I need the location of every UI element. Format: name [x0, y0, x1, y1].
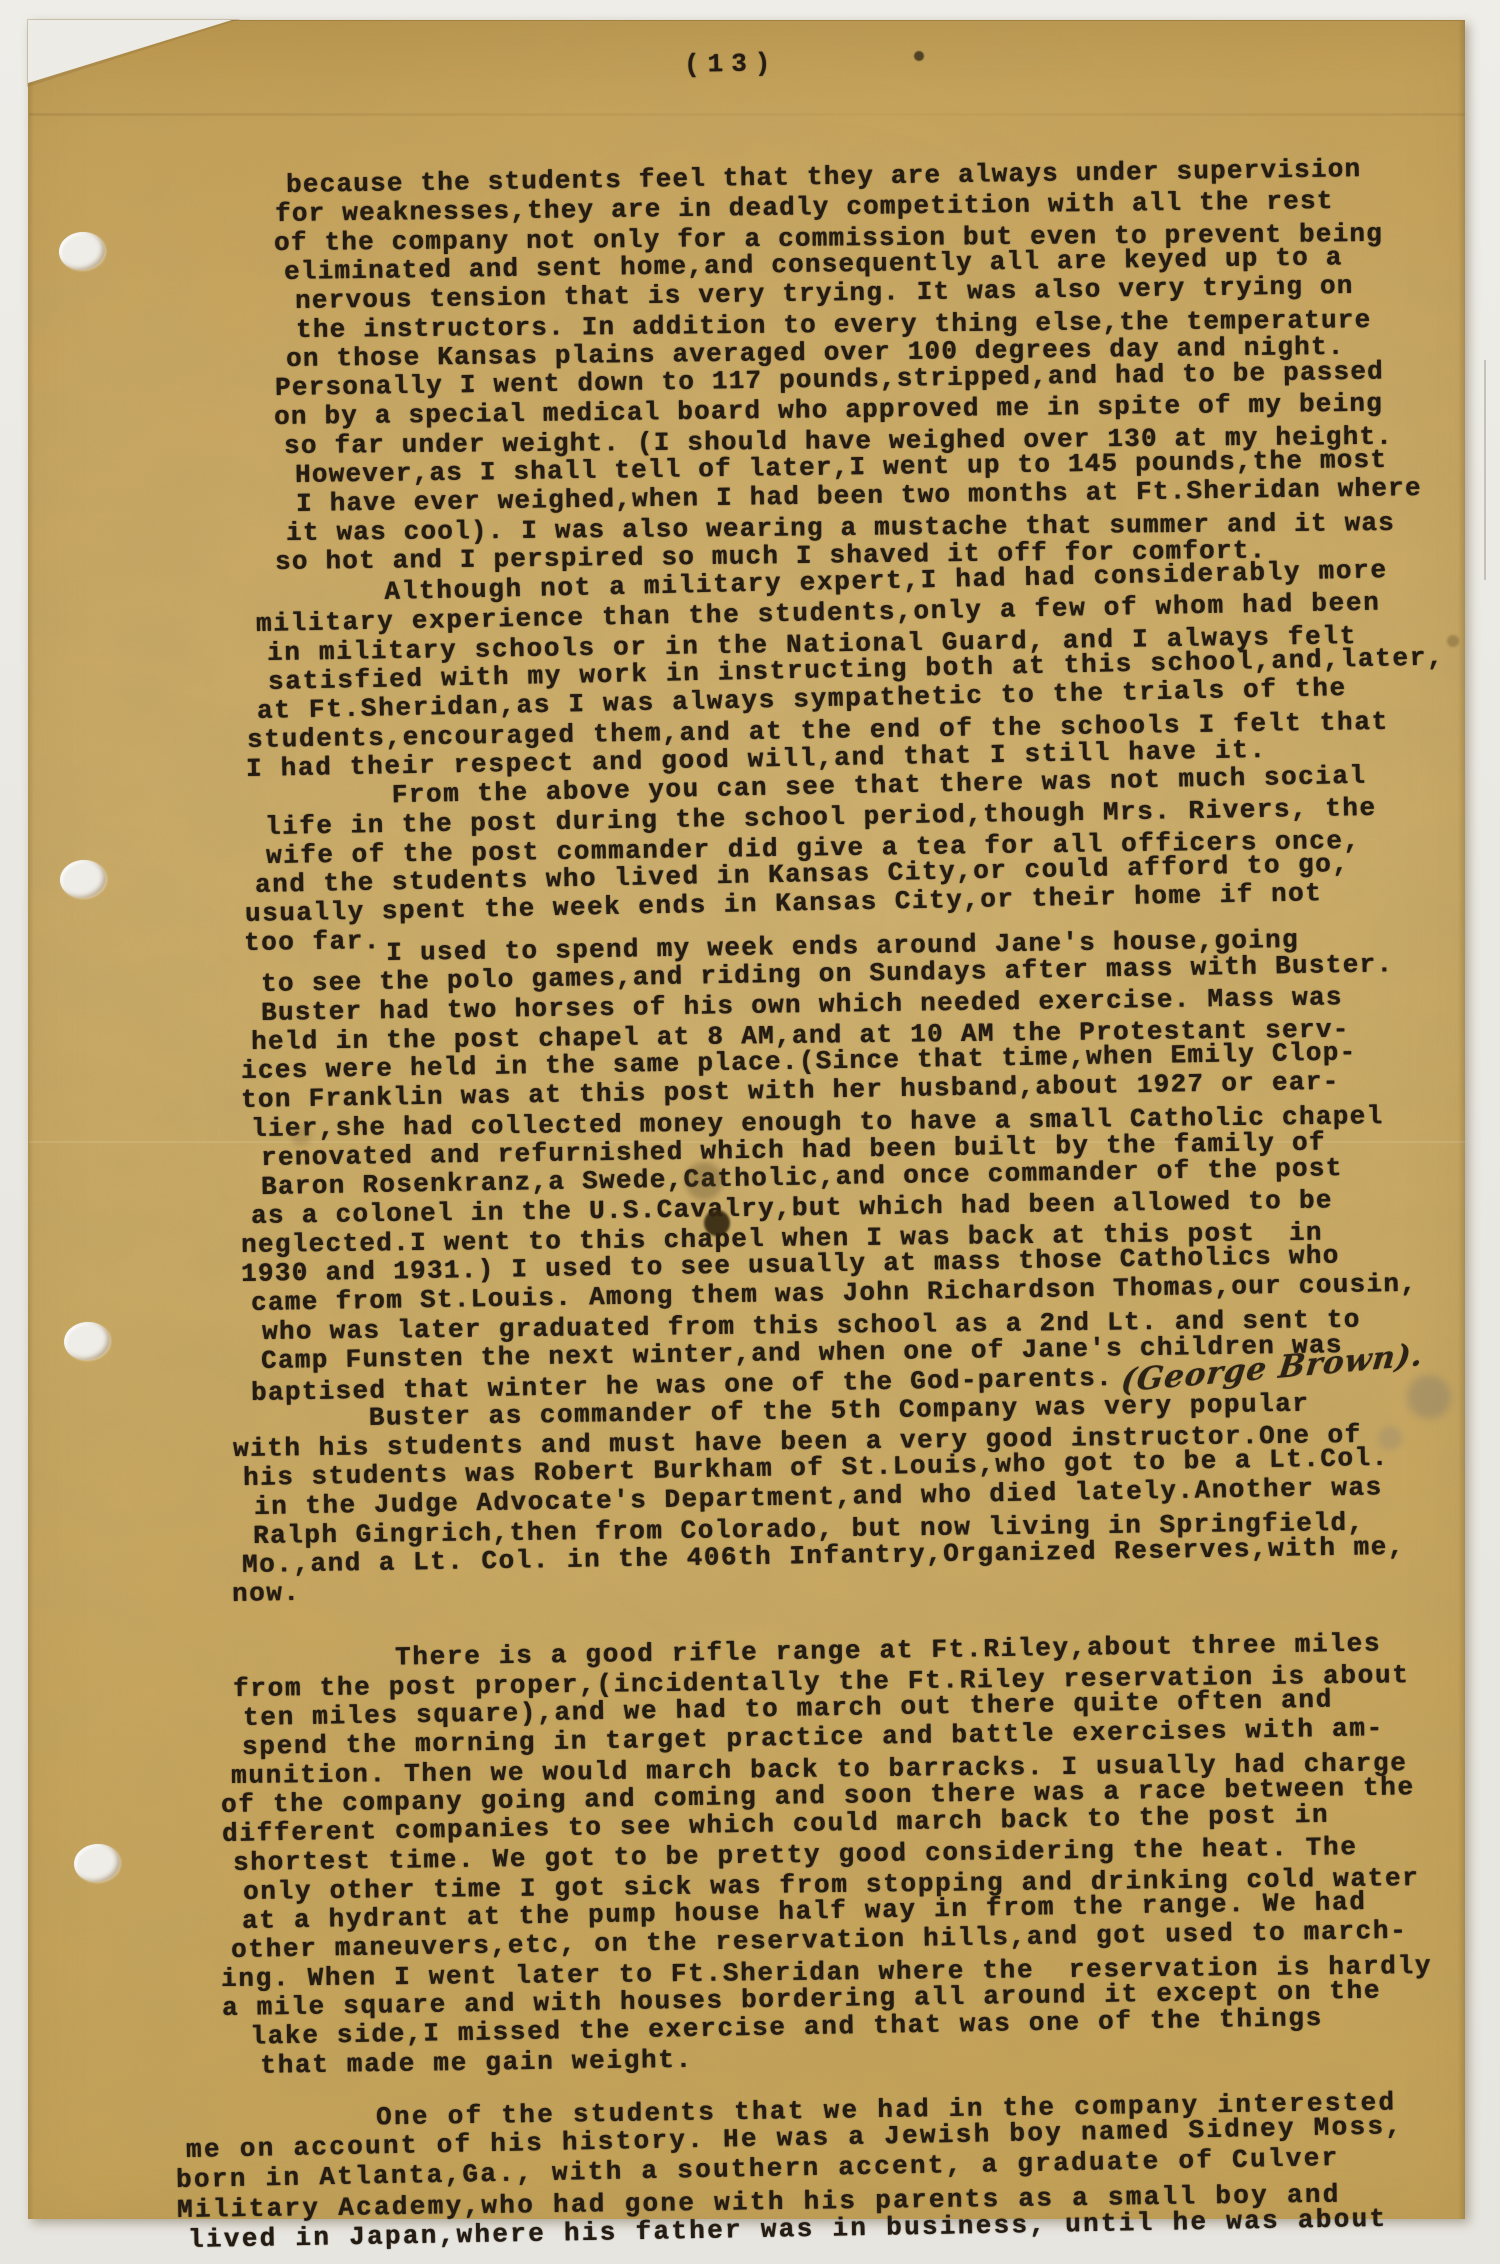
ink-smudge: [291, 1126, 311, 1146]
page-number: (13): [684, 48, 779, 80]
typed-line: that made me gain weight.: [243, 2046, 693, 2081]
ink-smudge: [1378, 1426, 1402, 1450]
ink-speck: [1447, 635, 1459, 647]
paper-left-edge-shading: [29, 21, 34, 2219]
paper-sheet: (13) because the students feel that they…: [28, 20, 1465, 2219]
page-corner-fold: [28, 20, 232, 83]
punch-hole: [58, 858, 108, 901]
scanner-edge-line: [1484, 360, 1486, 580]
punch-hole: [62, 1320, 112, 1363]
paper-right-edge-shading: [1458, 21, 1465, 2219]
punch-hole: [57, 230, 107, 273]
typed-line: now.: [232, 1579, 301, 1609]
paper-crease: [29, 113, 1465, 116]
ink-speck: [914, 51, 924, 61]
ink-smudge: [704, 1210, 730, 1236]
ink-smudge: [1407, 1375, 1451, 1419]
punch-hole: [72, 1842, 122, 1885]
scanner-background: { "document": { "page_number": "(13)", "…: [0, 0, 1500, 2264]
ink-smudge: [685, 1162, 723, 1200]
